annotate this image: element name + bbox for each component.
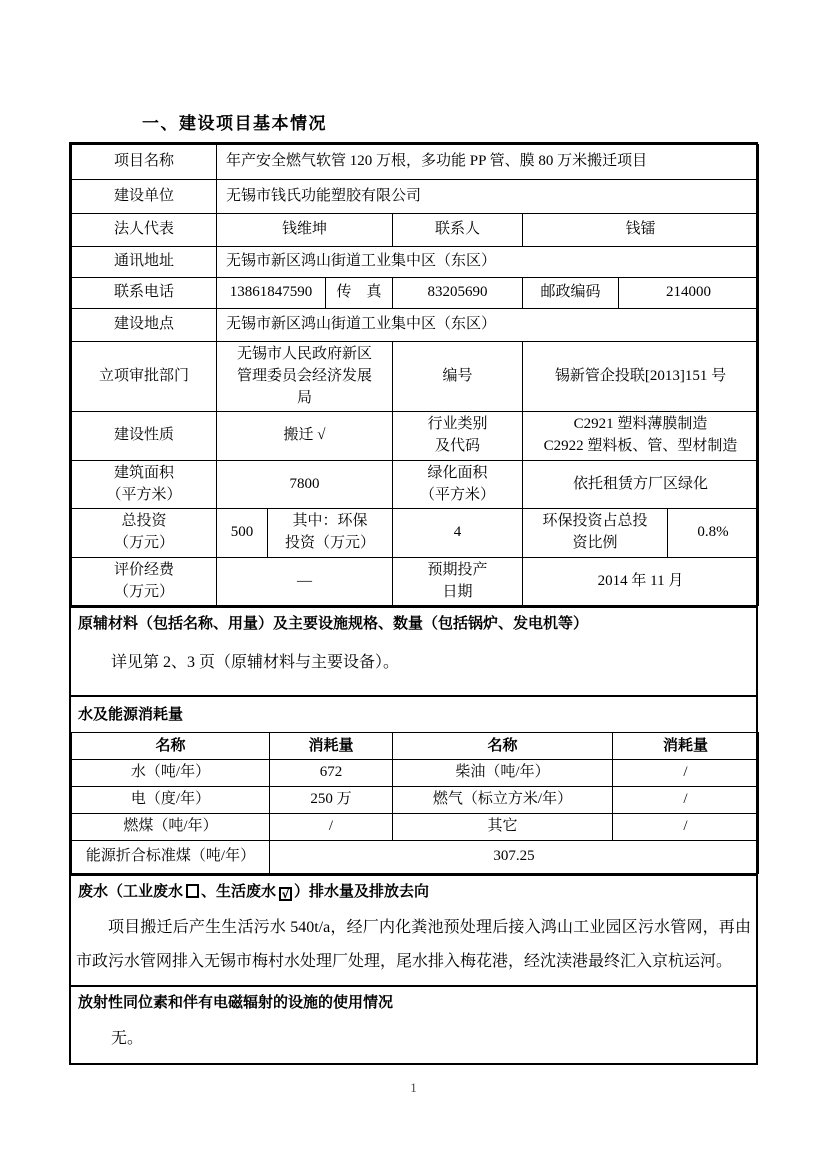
energy-col-header: 消耗量 [613, 733, 759, 760]
row-legal-rep: 法人代表 钱维坤 联系人 钱镭 [72, 214, 759, 247]
energy-name: 燃煤（吨/年） [72, 813, 270, 840]
building-area-value: 7800 [217, 460, 393, 509]
energy-name: 电（度/年） [72, 787, 270, 814]
project-basic-info-form: 项目名称 年产安全燃气软管 120 万根，多功能 PP 管、膜 80 万米搬迁项… [69, 142, 758, 1065]
row-building-area: 建筑面积 （平方米） 7800 绿化面积 （平方米） 依托租赁方厂区绿化 [72, 460, 759, 509]
energy-section-header: 水及能源消耗量 [71, 697, 756, 732]
energy-col-header: 消耗量 [270, 733, 393, 760]
total-investment-label: 总投资 （万元） [72, 509, 217, 558]
energy-value: 250 万 [270, 787, 393, 814]
phone-value: 13861847590 [217, 278, 326, 309]
industrial-wastewater-checkbox[interactable] [186, 884, 199, 898]
contact-label: 联系人 [393, 214, 523, 247]
row-nature: 建设性质 搬迁 √ 行业类别 及代码 C2921 塑料薄膜制造C2922 塑料板… [72, 412, 759, 461]
project-name-label: 项目名称 [72, 145, 217, 180]
row-approval: 立项审批部门 无锡市人民政府新区 管理委员会经济发展 局 编号 锡新管企投联[2… [72, 342, 759, 412]
row-address: 通讯地址 无锡市新区鸿山街道工业集中区（东区） [72, 247, 759, 278]
wastewater-section: 废水（工业废水、生活废水√）排水量及排放去向 项目搬迁后产生生活污水 540t/… [71, 874, 756, 985]
energy-row-total: 能源折合标准煤（吨/年） 307.25 [72, 840, 759, 873]
energy-name: 其它 [393, 813, 613, 840]
site-label: 建设地点 [72, 309, 217, 342]
row-phone: 联系电话 13861847590 传 真 83205690 邮政编码 21400… [72, 278, 759, 309]
production-date-value: 2014 年 11 月 [523, 557, 759, 606]
row-investment: 总投资 （万元） 500 其中：环保 投资（万元） 4 环保投资占总投 资比例 … [72, 509, 759, 558]
eval-fee-label: 评价经费 （万元） [72, 557, 217, 606]
postcode-value: 214000 [619, 278, 759, 309]
wastewater-section-header: 废水（工业废水、生活废水√）排水量及排放去向 [71, 876, 756, 902]
eval-fee-value: — [217, 557, 393, 606]
energy-table: 名称 消耗量 名称 消耗量 水（吨/年） 672 柴油（吨/年） / 电（度/年… [71, 732, 759, 873]
builder-value: 无锡市钱氏功能塑胶有限公司 [217, 180, 759, 214]
wastewater-header-text: 、生活废水 [201, 883, 276, 900]
materials-section-content: 详见第 2、3 页（原辅材料与主要设备）。 [79, 649, 748, 672]
address-value: 无锡市新区鸿山街道工业集中区（东区） [217, 247, 759, 278]
building-area-label: 建筑面积 （平方米） [72, 460, 217, 509]
radiation-section: 放射性同位素和伴有电磁辐射的设施的使用情况 无。 [71, 985, 756, 1063]
radiation-section-header: 放射性同位素和伴有电磁辐射的设施的使用情况 [71, 987, 756, 1013]
document-page: 一、建设项目基本情况 项目名称 年产安全燃气软管 120 万根，多功能 PP 管… [0, 0, 827, 1169]
industry-label: 行业类别 及代码 [393, 412, 523, 461]
radiation-section-content: 无。 [79, 1025, 748, 1048]
phone-label: 联系电话 [72, 278, 217, 309]
industry-code-line: C2922 塑料板、管、型材制造 [527, 436, 754, 458]
fax-label: 传 真 [326, 278, 393, 309]
energy-value: / [613, 760, 759, 787]
builder-label: 建设单位 [72, 180, 217, 214]
wastewater-paragraph: 项目搬迁后产生生活污水 540t/a，经厂内化粪池预处理后接入鸿山工业园区污水管… [76, 911, 751, 979]
industry-code-line: C2921 塑料薄膜制造 [527, 414, 754, 436]
energy-section: 水及能源消耗量 名称 消耗量 名称 消耗量 水（吨/年） 672 柴油（吨/年）… [71, 695, 756, 873]
energy-total-value: 307.25 [270, 840, 759, 873]
energy-col-header: 名称 [72, 733, 270, 760]
site-value: 无锡市新区鸿山街道工业集中区（东区） [217, 309, 759, 342]
env-investment-label: 其中：环保 投资（万元） [268, 509, 393, 558]
nature-label: 建设性质 [72, 412, 217, 461]
basic-info-table: 项目名称 年产安全燃气软管 120 万根，多功能 PP 管、膜 80 万米搬迁项… [71, 144, 759, 606]
legal-rep-label: 法人代表 [72, 214, 217, 247]
env-ratio-label: 环保投资占总投 资比例 [523, 509, 668, 558]
energy-row-electricity: 电（度/年） 250 万 燃气（标立方米/年） / [72, 787, 759, 814]
approval-no-value: 锡新管企投联[2013]151 号 [523, 342, 759, 412]
approval-dept-label: 立项审批部门 [72, 342, 217, 412]
legal-rep-value: 钱维坤 [217, 214, 393, 247]
wastewater-header-text: 废水（工业废水 [78, 883, 183, 900]
energy-name: 燃气（标立方米/年） [393, 787, 613, 814]
row-eval-fee: 评价经费 （万元） — 预期投产 日期 2014 年 11 月 [72, 557, 759, 606]
nature-value: 搬迁 √ [217, 412, 393, 461]
env-investment-value: 4 [393, 509, 523, 558]
wastewater-header-text: ）排水量及排放去向 [294, 883, 429, 900]
total-investment-value: 500 [217, 509, 268, 558]
energy-name: 水（吨/年） [72, 760, 270, 787]
row-project-name: 项目名称 年产安全燃气软管 120 万根，多功能 PP 管、膜 80 万米搬迁项… [72, 145, 759, 180]
energy-total-label: 能源折合标准煤（吨/年） [72, 840, 270, 873]
row-builder: 建设单位 无锡市钱氏功能塑胶有限公司 [72, 180, 759, 214]
industry-codes-value: C2921 塑料薄膜制造C2922 塑料板、管、型材制造 [523, 412, 759, 461]
project-name-value: 年产安全燃气软管 120 万根，多功能 PP 管、膜 80 万米搬迁项目 [217, 145, 759, 180]
green-area-value: 依托租赁方厂区绿化 [523, 460, 759, 509]
postcode-label: 邮政编码 [523, 278, 619, 309]
energy-header-row: 名称 消耗量 名称 消耗量 [72, 733, 759, 760]
energy-col-header: 名称 [393, 733, 613, 760]
domestic-wastewater-checkbox[interactable]: √ [279, 887, 292, 901]
approval-no-label: 编号 [393, 342, 523, 412]
env-ratio-value: 0.8% [668, 509, 759, 558]
materials-section: 原辅材料（包括名称、用量）及主要设施规格、数量（包括锅炉、发电机等） 详见第 2… [71, 606, 756, 695]
energy-row-water: 水（吨/年） 672 柴油（吨/年） / [72, 760, 759, 787]
approval-dept-value: 无锡市人民政府新区 管理委员会经济发展 局 [217, 342, 393, 412]
energy-value: 672 [270, 760, 393, 787]
contact-value: 钱镭 [523, 214, 759, 247]
green-area-label: 绿化面积 （平方米） [393, 460, 523, 509]
energy-value: / [270, 813, 393, 840]
energy-value: / [613, 787, 759, 814]
energy-name: 柴油（吨/年） [393, 760, 613, 787]
page-number: 1 [0, 1080, 827, 1096]
energy-value: / [613, 813, 759, 840]
page-title: 一、建设项目基本情况 [142, 109, 327, 134]
address-label: 通讯地址 [72, 247, 217, 278]
materials-section-header: 原辅材料（包括名称、用量）及主要设施规格、数量（包括锅炉、发电机等） [71, 608, 756, 634]
energy-row-coal: 燃煤（吨/年） / 其它 / [72, 813, 759, 840]
production-date-label: 预期投产 日期 [393, 557, 523, 606]
fax-value: 83205690 [393, 278, 523, 309]
row-site: 建设地点 无锡市新区鸿山街道工业集中区（东区） [72, 309, 759, 342]
